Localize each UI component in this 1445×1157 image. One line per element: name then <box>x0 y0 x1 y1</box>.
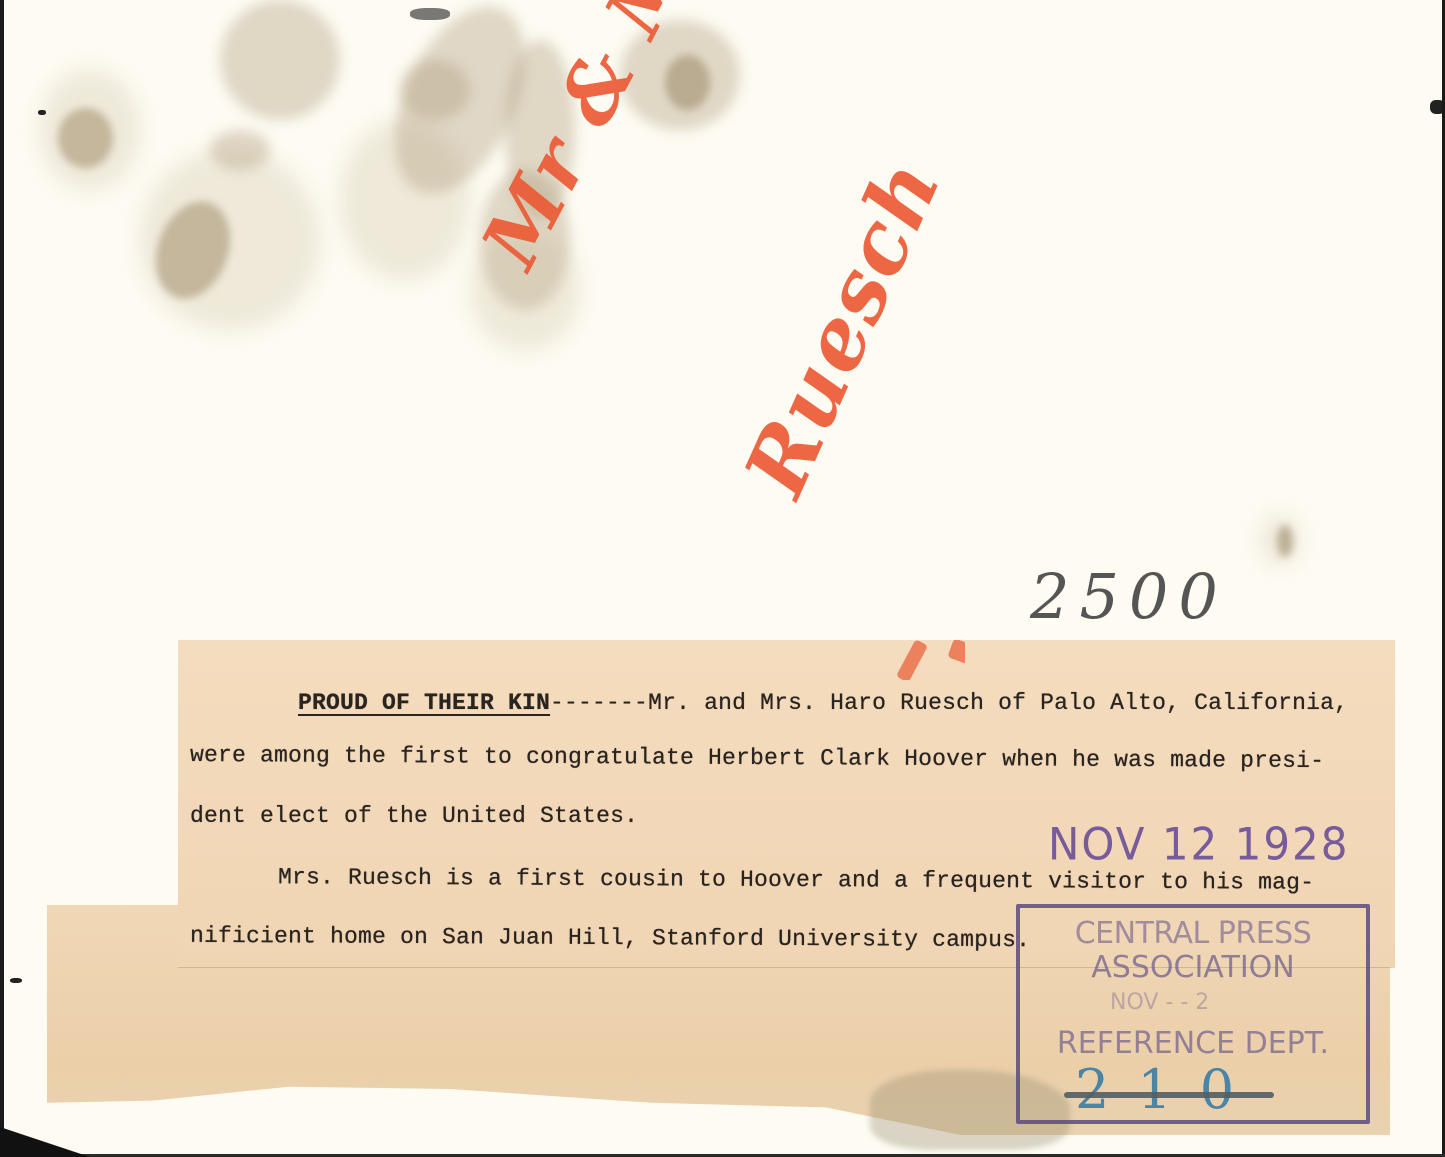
stain <box>1277 525 1293 557</box>
stain <box>40 70 140 190</box>
caption-line-1-text: -------Mr. and Mrs. Haro Ruesch of Palo … <box>550 690 1348 716</box>
caption-line-5: nificient home on San Juan Hill, Stanfor… <box>190 923 1030 953</box>
stamp-line-date: NOV - - 2 <box>1110 990 1445 1015</box>
stain <box>210 130 270 170</box>
date-stamp: NOV 12 1928 <box>1048 819 1350 870</box>
stamp-line-department: REFERENCE DEPT. <box>1020 1026 1366 1061</box>
stamp-line-association: ASSOCIATION <box>1020 950 1366 985</box>
handwritten-reference-number: 210 <box>1075 1058 1262 1121</box>
photo-back: Mr & Mrs Ruesch 2500 PROUD OF THEIR KIN-… <box>0 0 1445 1157</box>
speck <box>38 110 46 115</box>
crayon-mark-on-label <box>855 640 965 680</box>
photo-corner-bottom-left <box>0 1127 90 1157</box>
strikethrough-mark <box>1064 1092 1274 1098</box>
speck <box>410 8 450 20</box>
caption-headline: PROUD OF THEIR KIN <box>298 690 550 716</box>
stamp-line-organization: CENTRAL PRESS <box>1020 916 1366 951</box>
caption-line-1: PROUD OF THEIR KIN-------Mr. and Mrs. Ha… <box>298 690 1348 716</box>
speck <box>10 978 22 983</box>
pencil-number: 2500 <box>1030 560 1228 633</box>
stain <box>220 0 340 120</box>
caption-line-3: dent elect of the United States. <box>190 803 638 829</box>
stain <box>140 150 320 330</box>
photo-edge-left <box>0 0 4 1157</box>
crayon-handwriting-surname: Ruesch <box>725 144 960 509</box>
stain <box>400 60 470 120</box>
reference-dept-stamp: CENTRAL PRESS ASSOCIATION NOV - - 2 REFE… <box>1016 904 1370 1124</box>
